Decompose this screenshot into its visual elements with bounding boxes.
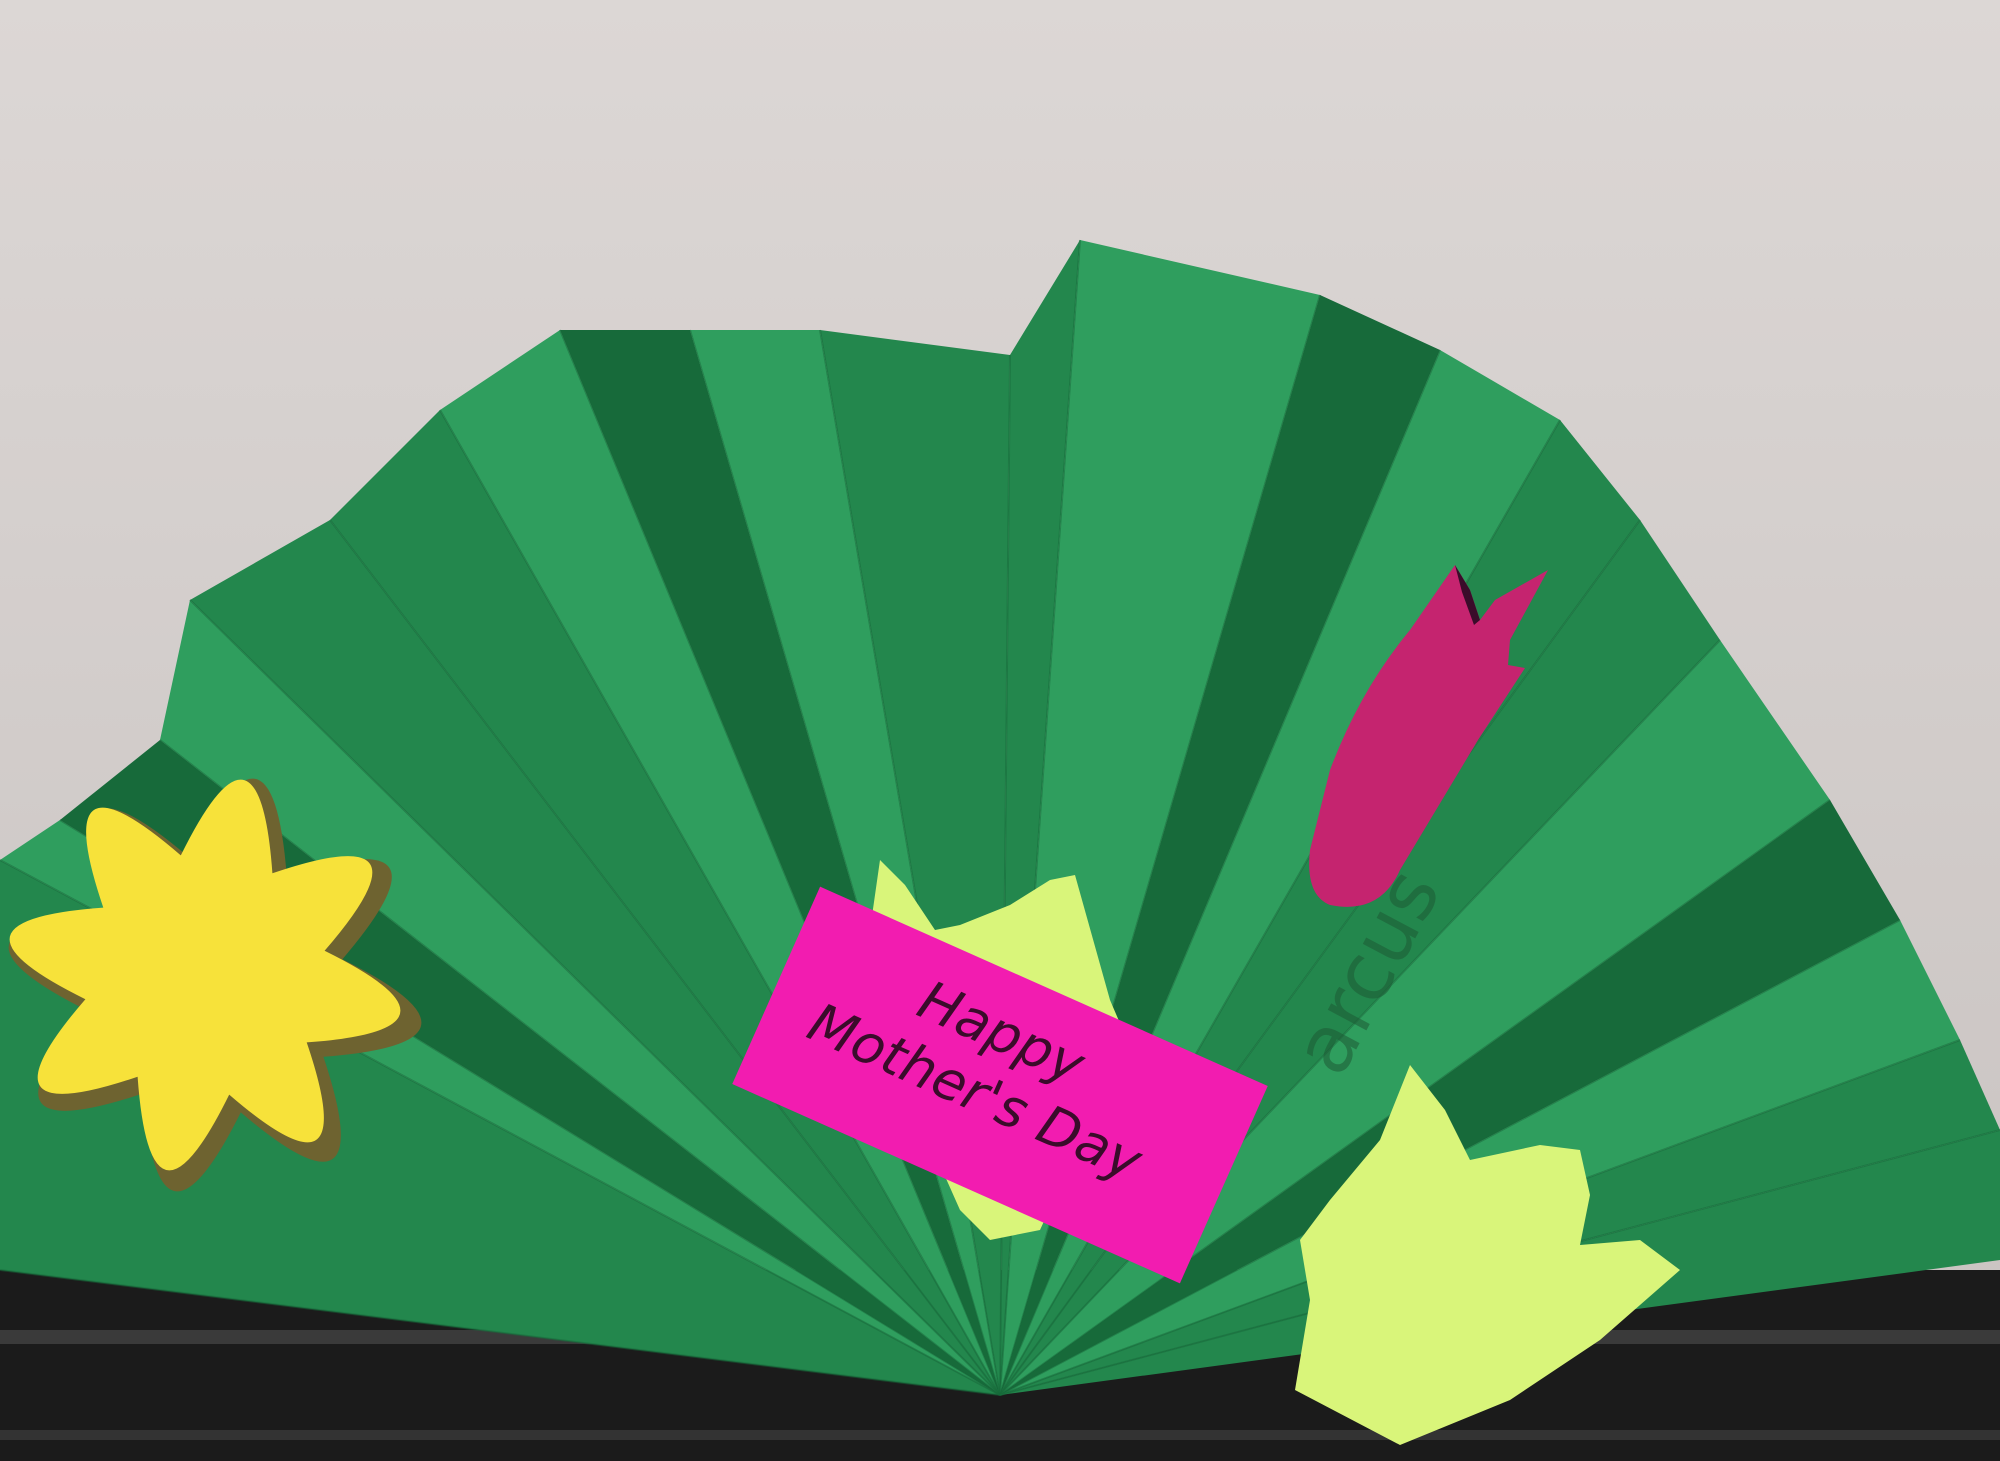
- photo-scene: Happy Mother's Day arcus: [0, 0, 2000, 1461]
- shelf-highlight: [0, 1430, 2000, 1440]
